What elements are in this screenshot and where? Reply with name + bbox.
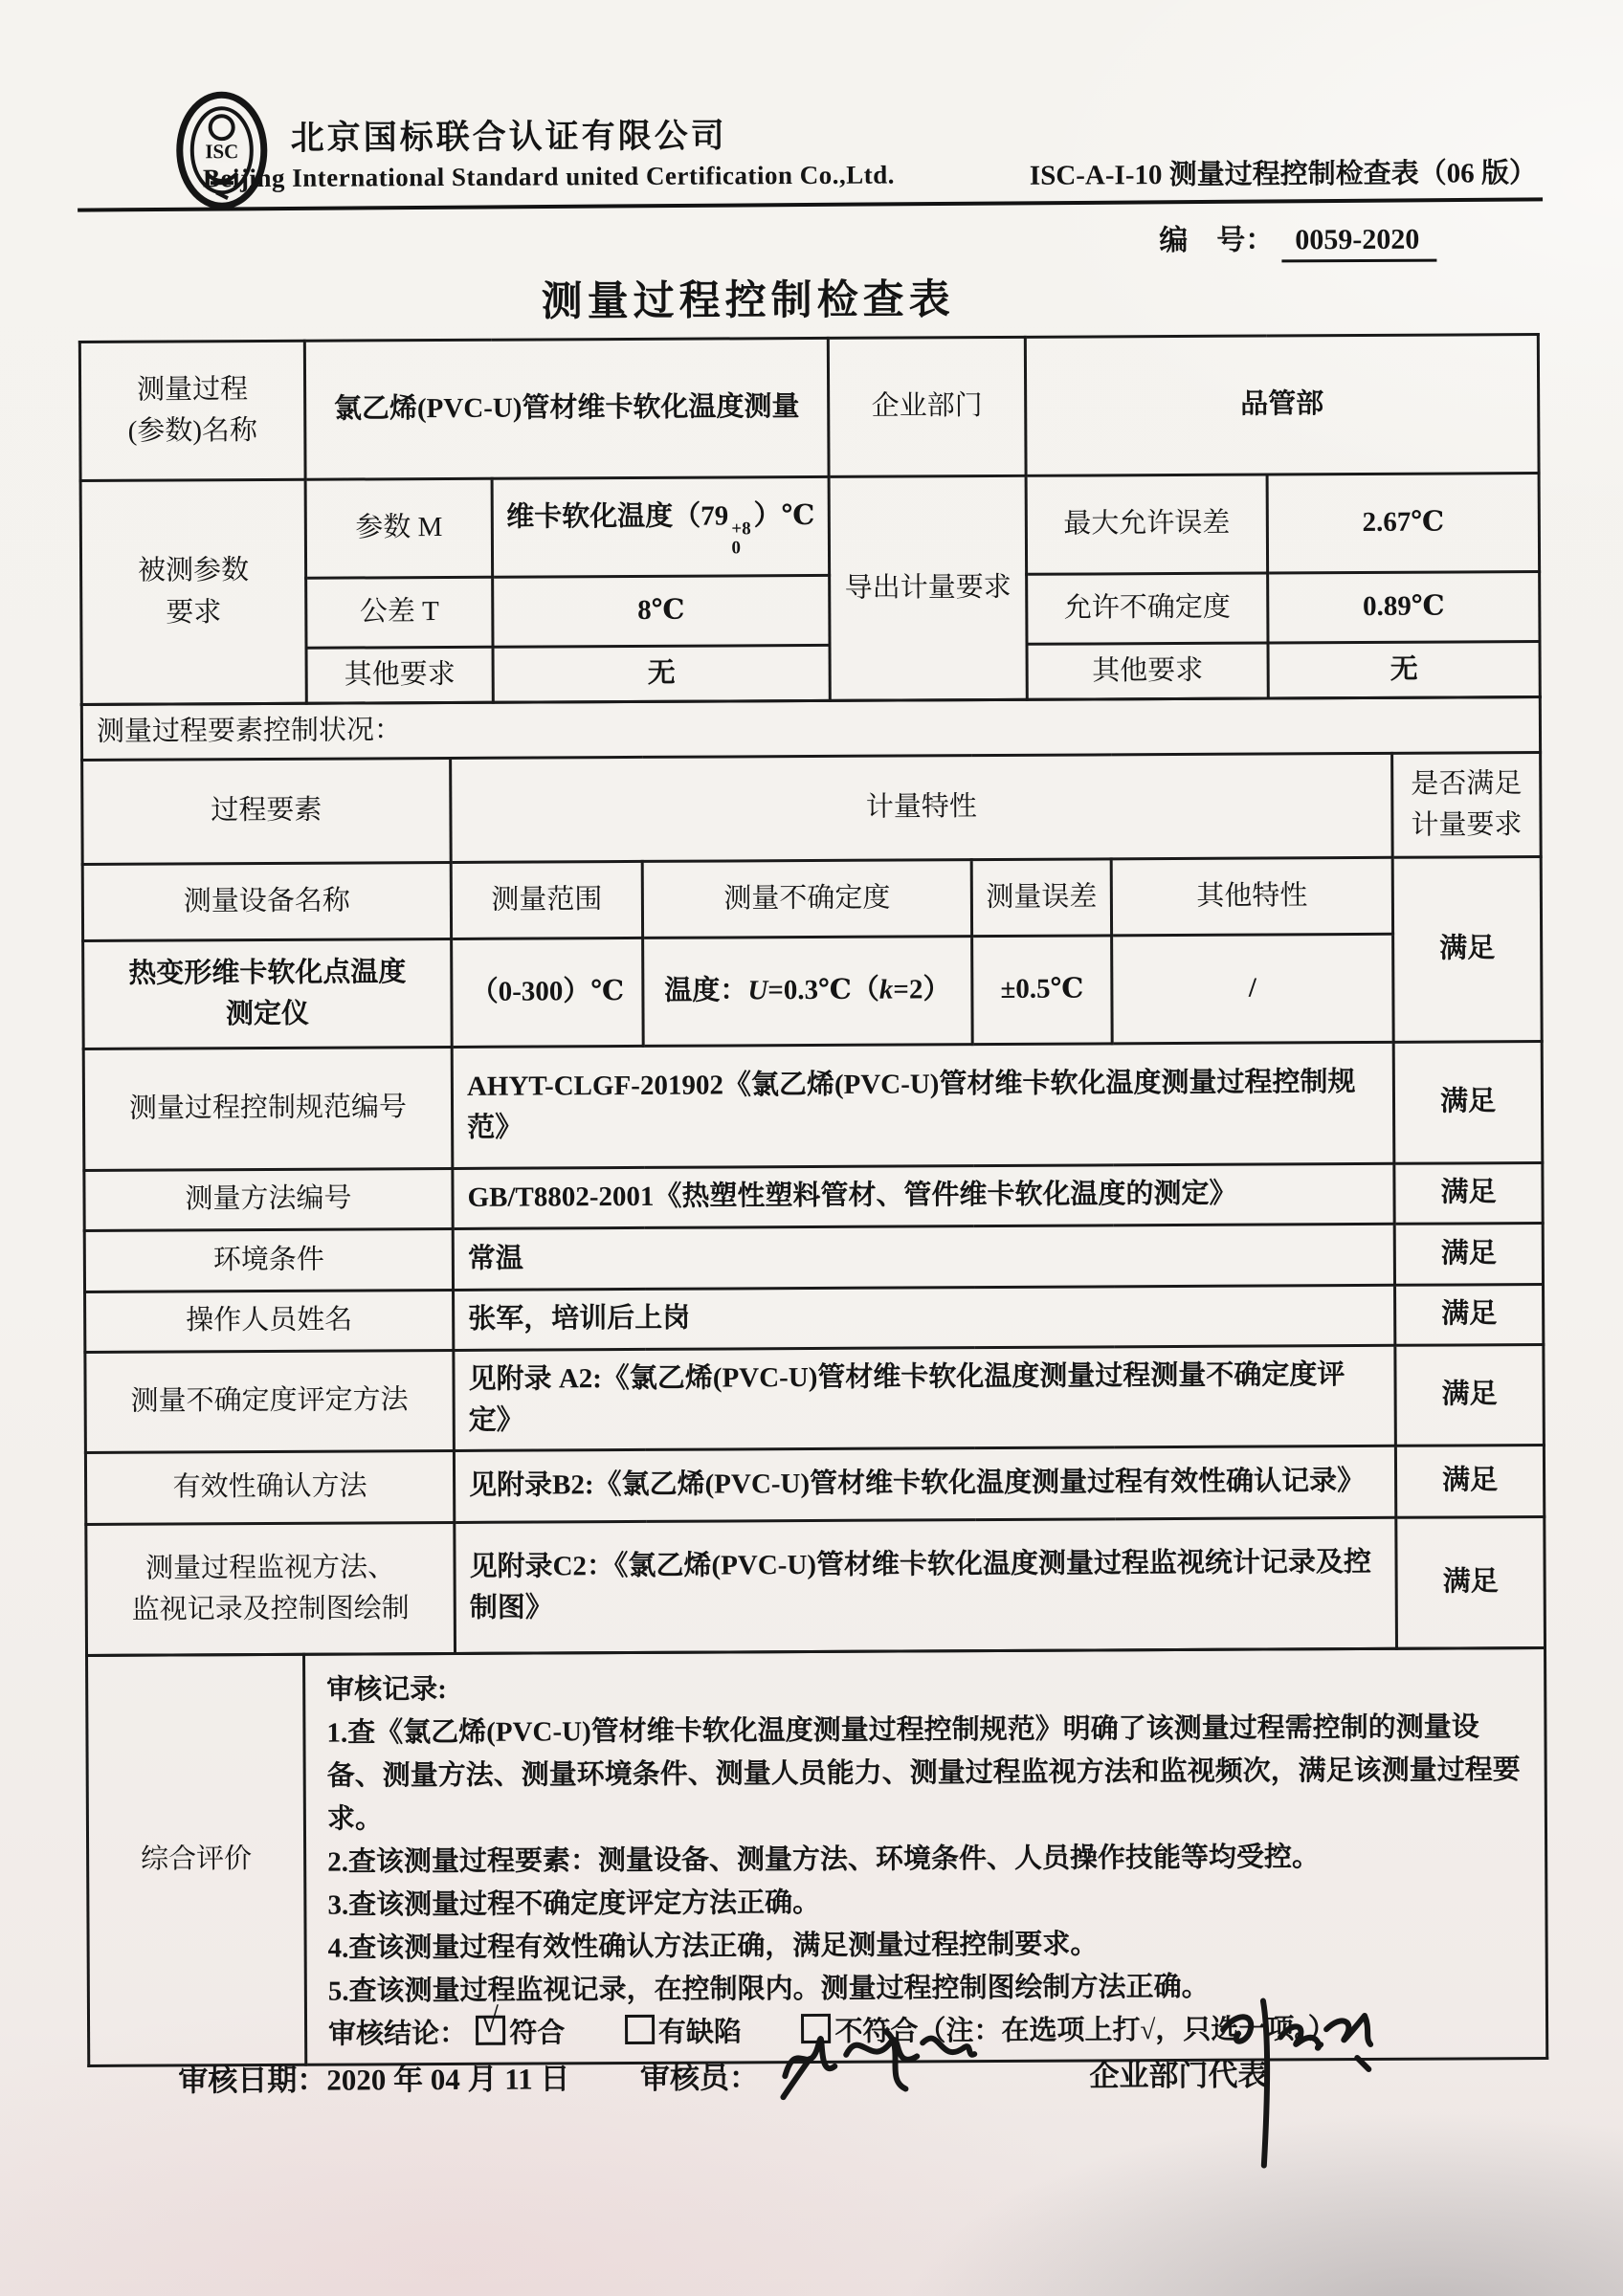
section-header-row: 测量过程要素控制状况： <box>81 697 1540 761</box>
isc-logo-icon: ISC <box>173 91 270 216</box>
row-label: 环境条件 <box>84 1228 453 1291</box>
row-label: 测量不确定度评定方法 <box>85 1350 455 1452</box>
row-label: 测量过程监视方法、 监视记录及控制图绘制 <box>86 1522 456 1655</box>
row-label: 操作人员姓名 <box>85 1290 454 1352</box>
device-uncertainty: 温度：U=0.3℃（k=2） <box>643 937 973 1047</box>
device-row: 热变形维卡软化点温度 测定仪 （0-300）℃ 温度：U=0.3℃（k=2） ±… <box>83 934 1543 1049</box>
header-divider <box>78 197 1543 211</box>
evaluation-label: 综合评价 <box>87 1654 306 2066</box>
process-elements-table: 测量过程要素控制状况： 过程要素 计量特性 是否满足 计量要求 测量设备名称 测… <box>80 695 1546 1657</box>
col-header-factor: 过程要素 <box>82 758 452 864</box>
device-range: （0-300）℃ <box>452 938 644 1047</box>
audit-item: 3.查该测量过程不确定度评定方法正确。 <box>327 1878 1525 1927</box>
row-value: 见附录C2：《氯乙烯(PVC-U)管材维卡软化温度测量过程监视统计记录及控制图》 <box>455 1517 1397 1653</box>
conclusion-label: 审核结论： <box>328 2018 467 2049</box>
row-status: 满足 <box>1395 1285 1544 1346</box>
param-m-value: 维卡软化温度（79+80）℃ <box>492 476 830 577</box>
device-status: 满足 <box>1392 857 1542 1043</box>
row-status: 满足 <box>1394 1224 1543 1286</box>
doc-code: ISC-A-I-10 测量过程控制检查表（06 版） <box>1030 151 1537 193</box>
row-label: 测量过程控制规范编号 <box>83 1047 453 1170</box>
table-row: 被测参数 要求 参数 M 维卡软化温度（79+80）℃ 导出计量要求 最大允许误… <box>80 474 1540 580</box>
row-value: 见附录B2:《氯乙烯(PVC-U)管材维卡软化温度测量过程有效性确认记录》 <box>454 1446 1395 1522</box>
table-row: 测量方法编号 GB/T8802-2001《热塑性塑料管材、管件维卡软化温度的测定… <box>84 1163 1543 1231</box>
device-name: 热变形维卡软化点温度 测定仪 <box>83 938 453 1049</box>
audit-item: 2.查该测量过程要素：测量设备、测量方法、环境条件、人员操作技能等均受控。 <box>327 1835 1525 1884</box>
col-header-other: 其他特性 <box>1111 857 1392 936</box>
table-row: 有效性确认方法 见附录B2:《氯乙烯(PVC-U)管材维卡软化温度测量过程有效性… <box>85 1445 1544 1524</box>
col-header-uncertainty: 测量不确定度 <box>642 860 971 938</box>
col-header-range: 测量范围 <box>451 861 642 938</box>
checkbox-conform-checked: √ <box>476 2015 505 2044</box>
page-title: 测量过程控制检查表 <box>78 265 1417 330</box>
check-mark-icon: √ <box>479 2002 499 2037</box>
derived-req-group-label: 导出计量要求 <box>829 475 1027 700</box>
process-name-value: 氯乙烯(PVC-U)管材维卡软化温度测量 <box>304 338 829 479</box>
table-header-row: 过程要素 计量特性 是否满足 计量要求 <box>82 753 1542 865</box>
row-status: 满足 <box>1394 1163 1543 1225</box>
table-row: 测量过程监视方法、 监视记录及控制图绘制 见附录C2：《氯乙烯(PVC-U)管材… <box>86 1516 1545 1655</box>
tolerance-superscript: +80 <box>731 519 751 558</box>
row-value: AHYT-CLGF-201902《氯乙烯(PVC-U)管材维卡软化温度测量过程控… <box>452 1042 1394 1168</box>
department-rep-signature <box>1213 1987 1377 2179</box>
document-content: ISC 北京国标联合认证有限公司 Beijing International S… <box>0 0 1623 2296</box>
row-status: 满足 <box>1395 1345 1545 1446</box>
table-row: 测量过程控制规范编号 AHYT-CLGF-201902《氯乙烯(PVC-U)管材… <box>83 1042 1543 1171</box>
table-row: 测量过程 (参数)名称 氯乙烯(PVC-U)管材维卡软化温度测量 企业部门 品管… <box>79 335 1539 481</box>
param-m-label: 参数 M <box>305 478 493 578</box>
checkbox-label: 符合 <box>509 2018 565 2048</box>
uncertainty-label: 允许不确定度 <box>1027 573 1268 644</box>
serial-label: 编 号： <box>1159 224 1274 256</box>
tolerance-value: 8℃ <box>493 575 830 647</box>
table-row: 测量不确定度评定方法 见附录 A2:《氯乙烯(PVC-U)管材维卡软化温度测量过… <box>85 1345 1545 1453</box>
audit-date-value: 2020 年 04 月 11 日 <box>326 2062 569 2096</box>
company-name-en: Beijing International Standard united Ce… <box>203 161 895 194</box>
audit-record-title: 审核记录: <box>326 1663 1524 1711</box>
device-other: / <box>1112 934 1394 1044</box>
row-value: 张军，培训后上岗 <box>454 1285 1395 1350</box>
row-status: 满足 <box>1395 1445 1544 1517</box>
other-req2-value: 无 <box>1268 642 1540 698</box>
uncertainty-value: 0.89℃ <box>1268 572 1540 643</box>
auditor-label: 审核员： <box>640 2061 759 2095</box>
process-name-label: 测量过程 (参数)名称 <box>79 341 305 480</box>
section-label: 测量过程要素控制状况： <box>81 697 1540 761</box>
row-status: 满足 <box>1393 1042 1543 1164</box>
mpe-value: 2.67℃ <box>1267 474 1540 573</box>
row-value: GB/T8802-2001《热塑性塑料管材、管件维卡软化温度的测定》 <box>453 1163 1394 1228</box>
col-header-device: 测量设备名称 <box>82 862 451 940</box>
basic-info-table: 测量过程 (参数)名称 氯乙烯(PVC-U)管材维卡软化温度测量 企业部门 品管… <box>78 333 1542 706</box>
other-req-label: 其他要求 <box>306 647 493 703</box>
serial-number: 编 号：0059-2020 <box>1159 215 1436 264</box>
tolerance-label: 公差 T <box>306 577 493 648</box>
department-value: 品管部 <box>1025 335 1539 476</box>
row-value: 见附录 A2:《氯乙烯(PVC-U)管材维卡软化温度测量过程测量不确定度评定》 <box>454 1345 1396 1450</box>
company-name-cn: 北京国标联合认证有限公司 <box>291 109 727 159</box>
mpe-label: 最大允许误差 <box>1026 475 1268 574</box>
device-error: ±0.5℃ <box>972 936 1113 1045</box>
col-header-satisfy: 是否满足 计量要求 <box>1392 753 1542 858</box>
department-label: 企业部门 <box>828 337 1026 476</box>
measured-param-group-label: 被测参数 要求 <box>80 479 306 704</box>
row-status: 满足 <box>1396 1516 1545 1648</box>
row-label: 有效性确认方法 <box>85 1450 454 1524</box>
footer-sign-off: 审核日期：2020 年 04 月 11 日 审核员： 企业部门代表 <box>178 2051 1267 2100</box>
table-subheader-row: 测量设备名称 测量范围 测量不确定度 测量误差 其他特性 满足 <box>82 857 1541 941</box>
serial-value: 0059-2020 <box>1281 224 1436 263</box>
audit-date-label: 审核日期： <box>178 2064 326 2098</box>
row-value: 常温 <box>453 1224 1394 1290</box>
row-label: 测量方法编号 <box>84 1168 453 1230</box>
scanned-document: ISC 北京国标联合认证有限公司 Beijing International S… <box>0 0 1623 2296</box>
checkbox-label: 有缺陷 <box>658 2017 742 2047</box>
checkbox-defect <box>625 2014 655 2043</box>
audit-item: 1.查《氯乙烯(PVC-U)管材维卡软化温度测量过程控制规范》明确了该测量过程需… <box>326 1706 1525 1841</box>
svg-text:ISC: ISC <box>205 140 238 163</box>
other-req2-label: 其他要求 <box>1027 643 1268 699</box>
col-header-error: 测量误差 <box>971 859 1111 937</box>
auditor-signature <box>771 2008 983 2124</box>
audit-item: 4.查该测量过程有效性确认方法正确，满足测量过程控制要求。 <box>328 1921 1526 1970</box>
col-header-characteristic: 计量特性 <box>451 753 1393 862</box>
table-row: 环境条件 常温 满足 <box>84 1224 1543 1292</box>
other-req-value: 无 <box>493 645 830 702</box>
table-row: 操作人员姓名 张军，培训后上岗 满足 <box>85 1285 1544 1353</box>
